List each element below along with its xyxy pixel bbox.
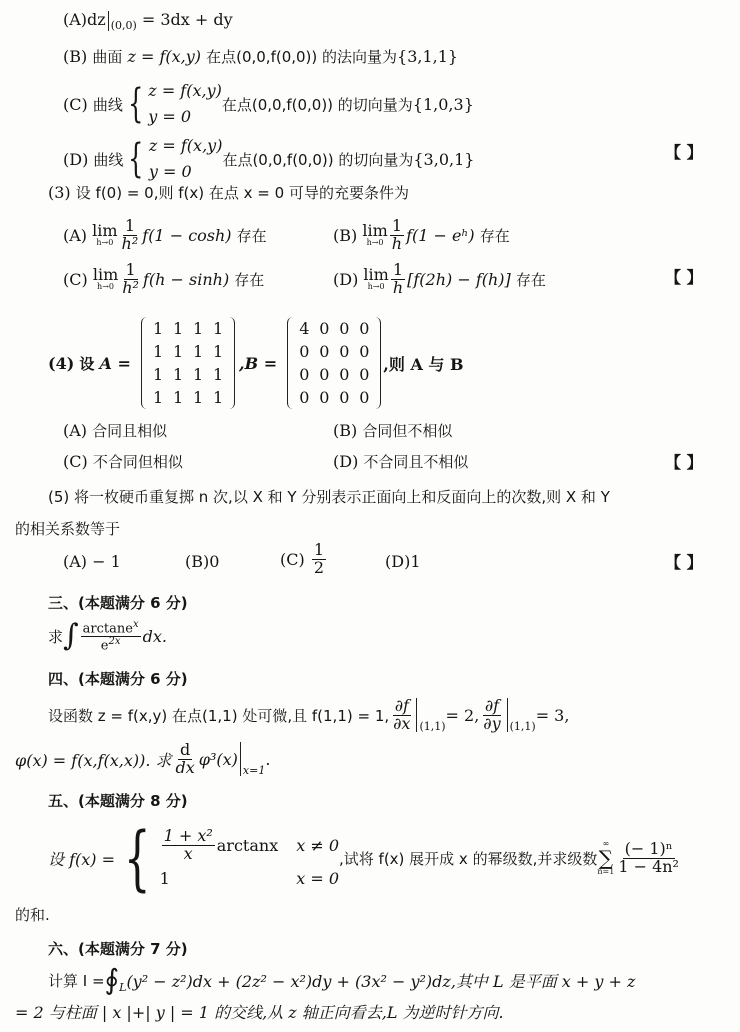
matrix-cell: 0 [294,388,314,407]
q3-stem: (3) 设 f(0) = 0,则 f(x) 在点 x = 0 可导的充要条件为 [48,182,409,203]
q2-option-a: (A)dz(0,0) = 3dx + dy [63,10,233,32]
answer-bracket[interactable]: 【 】 [665,550,703,573]
option-expr: f(1 − cosh) [142,226,231,245]
fraction: 1h [391,262,405,297]
option-text: 不合同但相似 [93,453,183,471]
set-word: 设 [79,353,94,374]
q3-option-c: (C) limh→0 1h² f(h − sinh) 存在 [63,262,264,297]
matrix-cell: 0 [294,342,314,361]
eq-line-1: z = f(x,y) [148,78,222,104]
contour-label: L [119,981,126,994]
option-label: (D) [63,150,88,169]
option-label: (A) [63,552,87,571]
question-tail: ,则 A 与 B [383,352,463,375]
denominator: h [391,280,405,297]
lim-sub: h→0 [368,283,385,291]
exists-word: 存在 [480,225,510,246]
exists-word: 存在 [234,269,264,290]
matrix-cell: 1 [188,365,208,384]
answer-bracket[interactable]: 【 】 [665,140,703,163]
matrix-cell: 0 [314,342,334,361]
arctan: arctanx [217,836,278,855]
s6-line1: 计算 I = ∮L (y² − z²)dx + (2z² − x²)dy + (… [48,966,635,994]
lim-sub: h→0 [96,239,113,247]
left-brace-icon: { [128,84,143,124]
value: = 2, [446,706,480,725]
matrix-cell: 1 [168,365,188,384]
limit: limh→0 [362,223,387,247]
matrix-cell: 0 [314,388,334,407]
series-term: (− 1)ⁿ1 − 4n² [616,841,681,876]
q4-option-c: (C) 不合同但相似 [63,451,183,472]
matrix-cell: 1 [188,342,208,361]
lim-sub: h→0 [97,283,114,291]
left-brace-icon: { [129,139,144,179]
eq-line-1: z = f(x,y) [149,133,223,159]
matrix-cell: 0 [334,388,354,407]
matrix-cell: 1 [188,319,208,338]
s3-problem: 求 ∫ arctanex e2x dx. [48,620,167,653]
matrix-cell: 0 [354,319,374,338]
sigma-icon: ∑ [599,848,613,868]
matrix-cell: 0 [294,365,314,384]
option-text: 不合同且不相似 [363,453,468,471]
section-6-header: 六、(本题满分 7 分) [48,938,188,959]
fraction: 12 [312,542,326,577]
option-label: (A) [63,226,87,245]
option-label: (D) [333,270,358,289]
fraction: arctanex e2x [81,620,141,653]
matrix-a-label: A = [99,354,130,373]
q4-option-d: (D) 不合同且不相似 [333,451,468,472]
denominator: 2 [312,560,326,577]
q2-option-d: (D) 曲线 { z = f(x,y) y = 0 在点(0,0,f(0,0))… [63,133,474,185]
function-def: 设 f(x) = [48,847,115,870]
matrix-cell: 1 [148,319,168,338]
option-text: 在点(0,0,f(0,0)) 的切向量为 [222,94,413,115]
denominator: h [390,236,404,253]
option-label: (C) [280,550,305,569]
curve-system: z = f(x,y) y = 0 [148,78,222,129]
q3-option-a: (A) limh→0 1h² f(1 − cosh) 存在 [63,218,267,253]
option-label: (C) [63,95,88,114]
matrix-cell: 1 [208,342,228,361]
matrix-cell: 1 [188,388,208,407]
matrix-cell: 0 [314,365,334,384]
option-expr: [f(2h) − f(h)] [407,270,511,289]
eq-line-2: y = 0 [149,159,223,185]
lim-sub: h→0 [367,239,384,247]
denominator: 1 − 4n² [616,859,681,876]
denominator: x [182,846,195,863]
option-text: 在点(0,0,f(0,0)) 的切向量为 [222,149,413,170]
phi-cubed: φ³(x) [199,750,238,769]
matrix-cell: 1 [148,342,168,361]
section-4-header: 四、(本题满分 6 分) [48,668,188,689]
option-label: (A) [63,10,87,29]
option-expr: f(1 − eʰ) [406,226,475,245]
fraction: 1h² [120,262,141,297]
option-label: (C) [63,270,88,289]
q5-option-b: (B)0 [185,552,219,571]
s5-line2: 的和. [15,904,50,925]
matrix-b-label: ,B = [239,354,277,373]
denominator: h² [120,236,141,253]
eval-bar [240,742,241,776]
eval-point: x=1 [243,764,265,777]
matrix-cell: 1 [148,365,168,384]
q4-option-b: (B) 合同但不相似 [333,420,452,441]
matrix-cell: 0 [314,319,334,338]
limit: limh→0 [363,267,388,291]
section-3-header: 三、(本题满分 6 分) [48,592,188,613]
option-value: 0 [209,552,219,571]
matrix-cell: 1 [148,388,168,407]
option-label: (B) [333,421,357,440]
option-value: − 1 [87,552,121,571]
integral-icon: ∫ [63,621,79,651]
case-1-cond: x ≠ 0 [296,836,339,855]
q5-option-c: (C) 12 [280,542,328,577]
surface-eq: z = f(x,y) [122,47,206,66]
s5-problem: 设 f(x) = { 1 + x²xarctanx x ≠ 0 1 x = 0 … [48,818,683,898]
numerator: arctane [83,621,133,636]
option-label: (A) [63,421,87,440]
tangent-vector: {1,0,3} [413,95,474,114]
answer-bracket[interactable]: 【 】 [665,450,703,473]
lim-word: lim [92,223,117,239]
option-label: (B) [185,552,209,571]
option-expr: f(h − sinh) [143,270,229,289]
matrix-cell: 0 [334,319,354,338]
matrix-cell: 0 [354,365,374,384]
lim-word: lim [93,267,118,283]
matrix-cell: 1 [208,388,228,407]
exists-word: 存在 [237,225,267,246]
fraction: 1h² [120,218,141,253]
matrix-a: 1111111111111111 [141,317,235,409]
q5-option-a: (A) − 1 [63,552,121,571]
exists-word: 存在 [516,269,546,290]
tangent-vector: {3,0,1} [413,150,474,169]
q5-stem-line2: 的相关系数等于 [15,518,120,539]
contour-integral-icon: ∮ [105,966,120,994]
option-label: (B) [333,226,357,245]
exponent: 2x [108,636,120,647]
normal-vector: {3,1,1} [397,47,458,66]
sum-lower: n=1 [597,868,614,876]
curve-word: 曲线 [93,149,123,170]
case-2-expr: 1 [160,869,279,888]
integrand: (y² − z²)dx + (2z² − x²)dy + (3x² − y²)d… [126,969,635,992]
q5-option-d: (D)1 [385,552,421,571]
rhs: = 3dx + dy [137,10,233,29]
q3-option-b: (B) limh→0 1h f(1 − eʰ) 存在 [333,218,510,253]
q4-option-a: (A) 合同且相似 [63,420,167,441]
matrix-b: 4000000000000000 [287,317,381,409]
matrix-cell: 1 [168,319,188,338]
numerator: (− 1)ⁿ [623,841,675,859]
value: = 3, [536,706,570,725]
q4-stem: (4) 设 A = 1111111111111111 ,B = 40000000… [48,308,464,418]
ask-word: 求 [48,626,63,647]
eval-bar [416,698,417,732]
option-value: 1 [410,552,420,571]
matrix-cell: 0 [334,342,354,361]
limit: limh→0 [92,223,117,247]
case-1-expr: 1 + x²xarctanx [160,828,279,863]
eq-line-2: y = 0 [148,104,222,130]
answer-bracket[interactable]: 【 】 [665,265,703,288]
curve-system: z = f(x,y) y = 0 [149,133,223,184]
s6-line2: = 2 与柱面 | x |+| y | = 1 的交线,从 z 轴正向看去,L … [15,1000,504,1023]
s4-line1: 设函数 z = f(x,y) 在点(1,1) 处可微,且 f(1,1) = 1,… [48,698,569,733]
matrix-cell: 0 [334,365,354,384]
q2-option-b: (B) 曲面 z = f(x,y) 在点(0,0,f(0,0)) 的法向量为{3… [63,46,458,67]
denominator: ∂y [481,716,502,733]
q2-option-c: (C) 曲线 { z = f(x,y) y = 0 在点(0,0,f(0,0))… [63,78,474,130]
matrix-cell: 1 [208,365,228,384]
limit: limh→0 [93,267,118,291]
s4-line2: φ(x) = f(x,f(x,x)). 求 ddx φ³(x) x=1. [15,742,270,777]
surface-word: 曲面 [92,48,122,66]
matrix-cell: 4 [294,319,314,338]
curve-word: 曲线 [93,94,123,115]
exponent: x [133,619,139,630]
derivative: ddx [174,742,197,777]
eval-bar [108,11,109,31]
differential: dx. [143,627,167,646]
matrix-cell: 0 [354,388,374,407]
option-label: (D) [333,452,358,471]
period: . [265,750,270,769]
partial-y: ∂f∂y [481,698,502,733]
denominator: dx [174,760,197,777]
partial-x: ∂f∂x [391,698,412,733]
section-5-header: 五、(本题满分 8 分) [48,790,188,811]
fraction: 1h [390,218,404,253]
summation: ∞∑n=1 [597,840,614,876]
eval-point: (1,1) [419,720,445,733]
option-text: 合同且相似 [92,422,167,440]
matrix-cell: 0 [354,342,374,361]
question-text: 设 f(0) = 0,则 f(x) 在点 x = 0 可导的充要条件为 [76,184,409,202]
problem-text: φ(x) = f(x,f(x,x)). 求 [15,748,172,771]
question-number: (4) [48,354,74,373]
lim-word: lim [363,267,388,283]
denominator: h² [120,280,141,297]
piecewise: 1 + x²xarctanx x ≠ 0 1 x = 0 [160,828,339,888]
option-label: (C) [63,452,88,471]
eval-bar [507,698,508,732]
question-number: (3) [48,183,71,202]
eval-point: (0,0) [111,19,137,32]
option-label: (B) [63,47,87,66]
matrix-cell: 1 [168,388,188,407]
compute-word: 计算 I = [48,970,105,991]
q5-stem-line1: (5) 将一枚硬币重复掷 n 次,以 X 和 Y 分别表示正面向上和反面向上的次… [48,486,610,507]
dz: dz [87,10,106,29]
denominator: ∂x [391,716,412,733]
matrix-cell: 1 [208,319,228,338]
problem-text: ,试将 f(x) 展开成 x 的幂级数,并求级数 [339,848,597,869]
option-text: 合同但不相似 [362,422,452,440]
case-2-cond: x = 0 [296,869,339,888]
option-text: 在点(0,0,f(0,0)) 的法向量为 [206,48,397,66]
eval-point: (1,1) [510,720,536,733]
lim-word: lim [362,223,387,239]
problem-text: 设函数 z = f(x,y) 在点(1,1) 处可微,且 f(1,1) = 1, [48,705,389,726]
option-label: (D) [385,552,410,571]
matrix-cell: 1 [168,342,188,361]
left-brace-icon: { [124,823,151,893]
q3-option-d: (D) limh→0 1h [f(2h) − f(h)] 存在 [333,262,546,297]
